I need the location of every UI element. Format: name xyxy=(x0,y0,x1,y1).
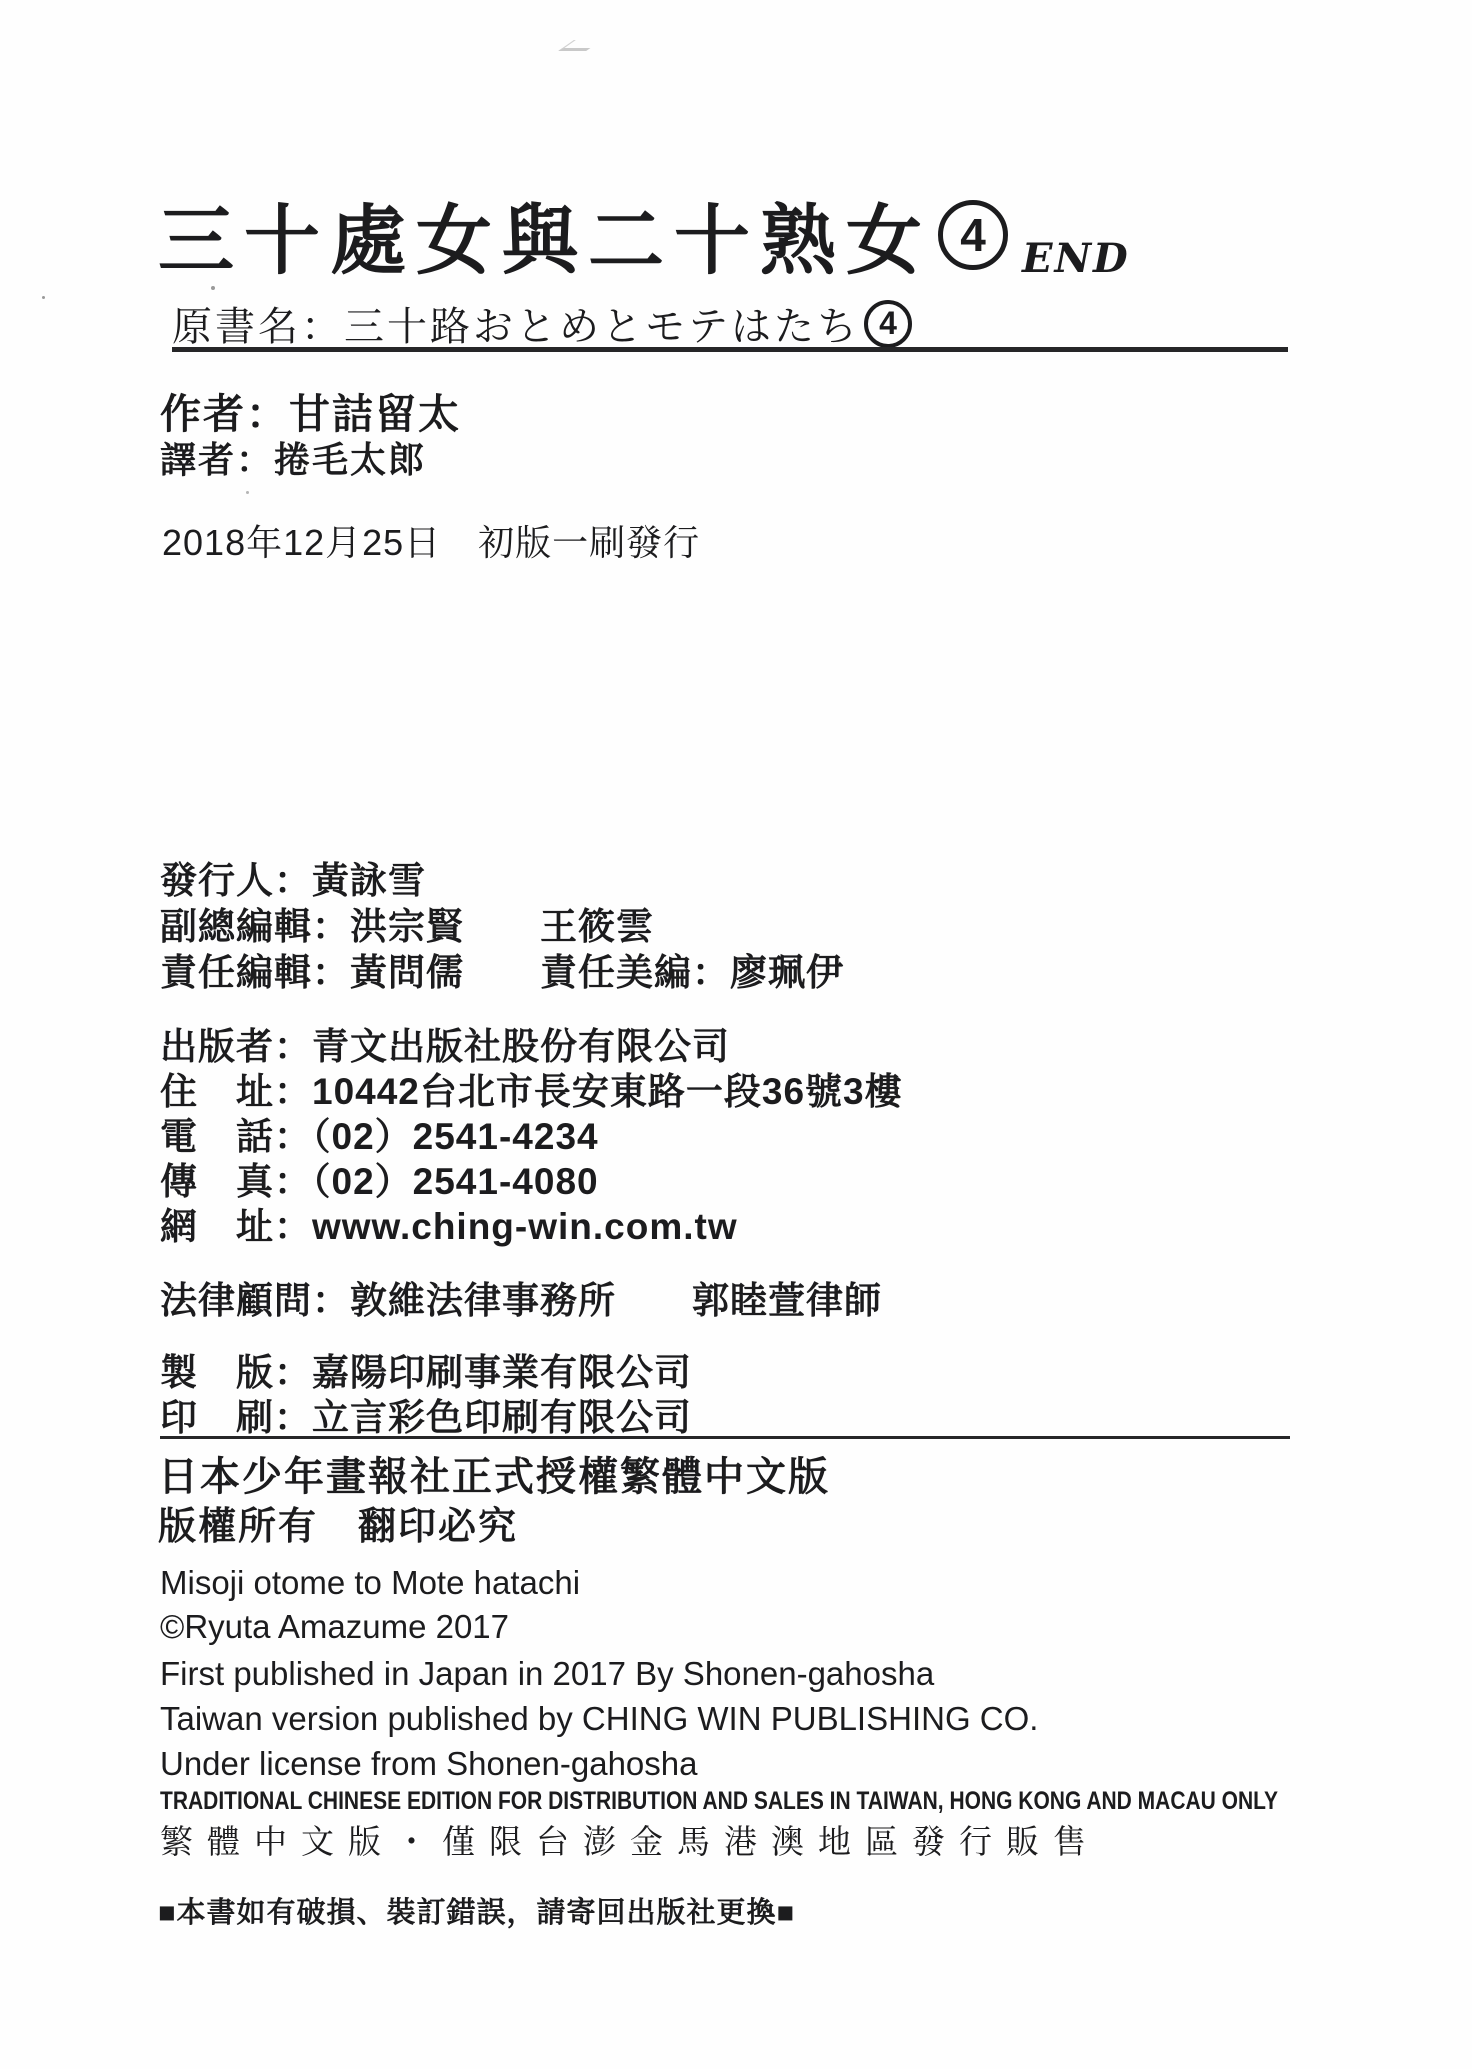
original-title-text: 原書名：三十路おとめとモテはたち xyxy=(172,295,860,352)
edition-date-line: 2018年12月25日 初版一刷發行 xyxy=(162,515,700,566)
production-block: 製 版：嘉陽印刷事業有限公司 印 刷：立言彩色印刷有限公司 xyxy=(160,1350,692,1440)
english-line-1: First published in Japan in 2017 By Shon… xyxy=(160,1651,1038,1696)
end-mark: END xyxy=(1022,235,1130,282)
distribution-notice-en: TRADITIONAL CHINESE EDITION FOR DISTRIBU… xyxy=(160,1787,1278,1816)
divider-top xyxy=(172,347,1288,352)
publisher-value: 青文出版社股份有限公司 xyxy=(312,1026,730,1067)
fax-label: 傳 真： xyxy=(160,1161,312,1202)
scan-artifact-squiggle xyxy=(558,40,602,51)
return-notice: ■本書如有破損、裝訂錯誤，請寄回出版社更換■ xyxy=(158,1890,795,1931)
colophon-page: 三十處女與二十熟女 4 END 原書名：三十路おとめとモテはたち 4 作者：甘詰… xyxy=(0,0,1472,2069)
editors-line: 責任編輯：黃問儒 責任美編：廖珮伊 xyxy=(160,950,844,996)
license-statement-cn: 日本少年畫報社正式授權繁體中文版 xyxy=(158,1445,830,1502)
phone-row: 電 話：（02）2541-4234 xyxy=(160,1114,903,1159)
original-volume-number: 4 xyxy=(879,305,897,342)
english-line-3: Under license from Shonen-gahosha xyxy=(160,1741,1038,1786)
copyright-statement-cn: 版權所有 翻印必究 xyxy=(158,1495,518,1550)
distribution-notice-cn: 繁體中文版・僅限台澎金馬港澳地區發行販售 xyxy=(160,1816,1100,1863)
staff-block: 發行人：黃詠雪 副總編輯：洪宗賢 王筱雲 責任編輯：黃問儒 責任美編：廖珮伊 xyxy=(160,858,844,996)
deputy-editors-line: 副總編輯：洪宗賢 王筱雲 xyxy=(160,904,844,950)
book-title: 三十處女與二十熟女 4 END xyxy=(158,180,1130,289)
scan-artifact-dot xyxy=(246,491,249,494)
volume-number: 4 xyxy=(960,208,986,262)
fax-row: 傳 真：（02）2541-4080 xyxy=(160,1159,903,1204)
phone-label: 電 話： xyxy=(160,1116,312,1157)
publisher-block: 出版者：青文出版社股份有限公司 住 址：10442台北市長安東路一段36號3樓 … xyxy=(160,1024,903,1249)
plate-making-line: 製 版：嘉陽印刷事業有限公司 xyxy=(160,1350,692,1395)
fax-value: （02）2541-4080 xyxy=(312,1161,599,1202)
volume-circle-icon: 4 xyxy=(938,200,1008,270)
legal-advisor-line: 法律顧問：敦維法律事務所 郭睦萱律師 xyxy=(160,1270,882,1324)
divider-bottom xyxy=(160,1436,1290,1439)
book-title-text: 三十處女與二十熟女 xyxy=(158,180,932,289)
phone-value: （02）2541-4234 xyxy=(312,1116,599,1157)
original-volume-circle-icon: 4 xyxy=(864,300,912,348)
website-row: 網 址：www.ching-win.com.tw xyxy=(160,1204,903,1249)
publisher-label: 出版者： xyxy=(160,1026,312,1067)
printing-line: 印 刷：立言彩色印刷有限公司 xyxy=(160,1395,692,1440)
publisher-row: 出版者：青文出版社股份有限公司 xyxy=(160,1024,903,1069)
scan-artifact-dot xyxy=(42,296,45,299)
english-license-block: First published in Japan in 2017 By Shon… xyxy=(160,1651,1038,1786)
original-title: 原書名：三十路おとめとモテはたち 4 xyxy=(172,295,912,352)
address-label: 住 址： xyxy=(160,1071,312,1112)
address-row: 住 址：10442台北市長安東路一段36號3樓 xyxy=(160,1069,903,1114)
copyright-en: ©Ryuta Amazume 2017 xyxy=(160,1608,509,1646)
address-value: 10442台北市長安東路一段36號3樓 xyxy=(312,1071,903,1112)
romaji-title: Misoji otome to Mote hatachi xyxy=(160,1564,580,1602)
publisher-person-line: 發行人：黃詠雪 xyxy=(160,858,844,904)
website-value: www.ching-win.com.tw xyxy=(312,1206,738,1247)
translator-line: 譯者：捲毛太郎 xyxy=(160,432,426,483)
english-line-2: Taiwan version published by CHING WIN PU… xyxy=(160,1696,1038,1741)
website-label: 網 址： xyxy=(160,1206,312,1247)
